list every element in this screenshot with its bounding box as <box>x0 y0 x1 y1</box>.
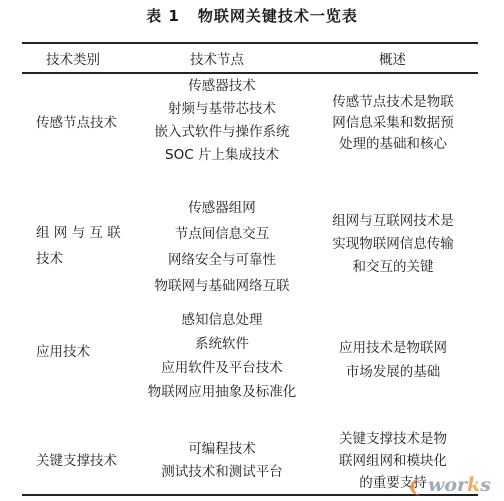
row2-category: 组 网 与 互 联 技术 <box>36 220 136 272</box>
row2-nodes: 传感器组网 节点间信息交互 网络安全与可靠性 物联网与基础网络互联 <box>136 195 308 299</box>
node-item: 物联网应用抽象及标准化 <box>136 380 308 404</box>
summary-line: 关键支撑技术是物 <box>318 428 468 450</box>
summary-line: 实现物联网信息传输 <box>318 233 468 256</box>
watermark-accent: k <box>467 474 480 496</box>
node-item: 感知信息处理 <box>136 308 308 332</box>
row1-nodes: 传感器技术 射频与基带芯技术 嵌入式软件与操作系统 SOC 片上集成技术 <box>136 75 308 167</box>
bottom-rule <box>22 494 478 496</box>
table-number: 表 1 <box>146 7 180 25</box>
node-item: 应用软件及平台技术 <box>136 356 308 380</box>
summary-line: 传感节点技术是物联 <box>318 92 468 113</box>
header-nodes: 技术节点 <box>190 48 244 68</box>
watermark-text: s <box>480 474 491 496</box>
row1-summary: 传感节点技术是物联 网信息采集和数据预 处理的基础和核心 <box>318 92 468 155</box>
summary-line: 网信息采集和数据预 <box>318 113 468 134</box>
node-item: 系统软件 <box>136 332 308 356</box>
summary-line: 组网与互联网技术是 <box>318 210 468 233</box>
row3-nodes: 感知信息处理 系统软件 应用软件及平台技术 物联网应用抽象及标准化 <box>136 308 308 404</box>
node-item: 嵌入式软件与操作系统 <box>136 121 308 144</box>
summary-line: 应用技术是物联网 <box>318 336 468 360</box>
summary-line: 处理的基础和核心 <box>318 134 468 155</box>
node-item: 可编程技术 <box>136 438 308 461</box>
category-line: 技术 <box>36 246 136 272</box>
header-summary: 概述 <box>379 48 406 68</box>
node-item: 测试技术和测试平台 <box>136 461 308 484</box>
row2-summary: 组网与互联网技术是 实现物联网信息传输 和交互的关键 <box>318 210 468 279</box>
node-item: 射频与基带芯技术 <box>136 98 308 121</box>
table-title: 表 1物联网关键技术一览表 <box>0 5 504 26</box>
header-category: 技术类别 <box>46 48 100 68</box>
watermark-logo: works <box>428 474 491 496</box>
category-line: 组 网 与 互 联 <box>36 220 136 246</box>
row1-category: 传感节点技术 <box>36 112 136 135</box>
summary-line: 联网组网和模块化 <box>318 450 468 472</box>
node-item: 传感器技术 <box>136 75 308 98</box>
node-item: 节点间信息交互 <box>136 221 308 247</box>
row4-nodes: 可编程技术 测试技术和测试平台 <box>136 438 308 484</box>
top-rule <box>22 42 478 44</box>
summary-line: 和交互的关键 <box>318 256 468 279</box>
node-item: 物联网与基础网络互联 <box>136 273 308 299</box>
row3-summary: 应用技术是物联网 市场发展的基础 <box>318 336 468 384</box>
watermark-text: wor <box>428 474 467 496</box>
header-rule <box>22 72 478 74</box>
table-title-text: 物联网关键技术一览表 <box>198 7 358 25</box>
summary-line: 市场发展的基础 <box>318 360 468 384</box>
row4-category: 关键支撑技术 <box>36 450 136 473</box>
node-item: 网络安全与可靠性 <box>136 247 308 273</box>
row3-category: 应用技术 <box>36 341 136 364</box>
node-item: 传感器组网 <box>136 195 308 221</box>
node-item: SOC 片上集成技术 <box>136 144 308 167</box>
